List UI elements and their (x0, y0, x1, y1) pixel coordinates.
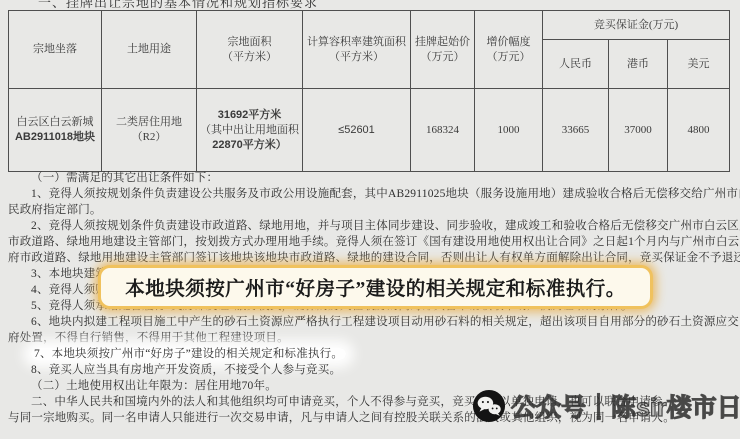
cell-deposit-usd: 4800 (668, 89, 730, 172)
header-increment: 增价幅度（万元） (475, 11, 543, 89)
condition-line: 民政府指定部门。 (8, 202, 738, 218)
magnified-highlight-callout: 本地块须按广州市“好房子”建设的相关规定和标准执行。 (101, 268, 650, 306)
header-deposit-group: 竞买保证金(万元) (543, 11, 730, 40)
cell-increment: 1000 (475, 89, 543, 172)
callout-text: 本地块须按广州市“好房子”建设的相关规定和标准执行。 (125, 273, 626, 301)
header-floor-area: 计算容积率建筑面积（平方米） (303, 11, 411, 89)
header-land-use: 土地用途 (102, 11, 197, 89)
wechat-icon (472, 389, 506, 423)
watermark: 公众号｜陈sir楼市日记 (472, 388, 740, 424)
condition-line: 市政道路、绿地用地建设主管部门，按划拨方式办理用地手续。竞得人须在签订《国有建设… (8, 234, 738, 250)
cell-start-price: 168324 (411, 89, 475, 172)
header-deposit-cny: 人民币 (543, 40, 609, 89)
cell-land-use: 二类居住用地（R2） (102, 89, 197, 172)
condition-line: （一）需满足的其它出让条件如下： (8, 170, 738, 186)
land-parcel-table: 宗地坐落 土地用途 宗地面积（平方米） 计算容积率建筑面积（平方米） 挂牌起始价… (8, 10, 730, 172)
header-start-price: 挂牌起始价（万元） (411, 11, 475, 89)
cell-deposit-hkd: 37000 (609, 89, 668, 172)
watermark-text: 公众号｜陈sir楼市日记 (511, 388, 740, 424)
header-deposit-usd: 美元 (668, 40, 730, 89)
cell-floor-area: ≤52601 (303, 89, 411, 172)
condition-line: 府市政道路、绿地用地建设主管部门签订该地块该地块市政道路、绿地的建设合同，否则出… (8, 250, 738, 266)
header-area: 宗地面积（平方米） (197, 11, 303, 89)
condition-line: 8、竞买人应当具有房地产开发资质，不接受个人参与竞买。 (8, 362, 738, 378)
condition-line: 2、竞得人须按规划条件负责建设市政道路、绿地用地，并与项目主体同步建设、同步验收… (8, 218, 738, 234)
condition-line: 6、地块内拟建工程项目施工中产生的砂石土资源应严格执行工程建设项目动用砂石料的相… (8, 314, 738, 330)
condition-line: 府处置，不得自行销售，不得用于其他工程建设项目。 (8, 330, 738, 346)
cell-area: 31692平方米（其中出让用地面积22870平方米） (197, 89, 303, 172)
land-auction-notice-page: 一、挂牌出让宗地的基本情况和规划指标要求 宗地坐落 土地用途 宗地面积（平方米）… (0, 0, 740, 439)
cell-deposit-cny: 33665 (543, 89, 609, 172)
highlight-halo: 7、本地块须按广州市“好房子”建设的相关规定和标准执行。 (31, 348, 346, 360)
condition-line: 1、竞得人须按规划条件负责建设公共服务及市政公用设施配套，其中AB2911025… (8, 186, 738, 202)
header-deposit-hkd: 港币 (609, 40, 668, 89)
table-row: 白云区白云新城AB2911018地块 二类居住用地（R2） 31692平方米（其… (9, 89, 730, 172)
header-location: 宗地坐落 (9, 11, 102, 89)
cell-location: 白云区白云新城AB2911018地块 (9, 89, 102, 172)
condition-line-highlighted: 7、本地块须按广州市“好房子”建设的相关规定和标准执行。 (8, 346, 738, 362)
